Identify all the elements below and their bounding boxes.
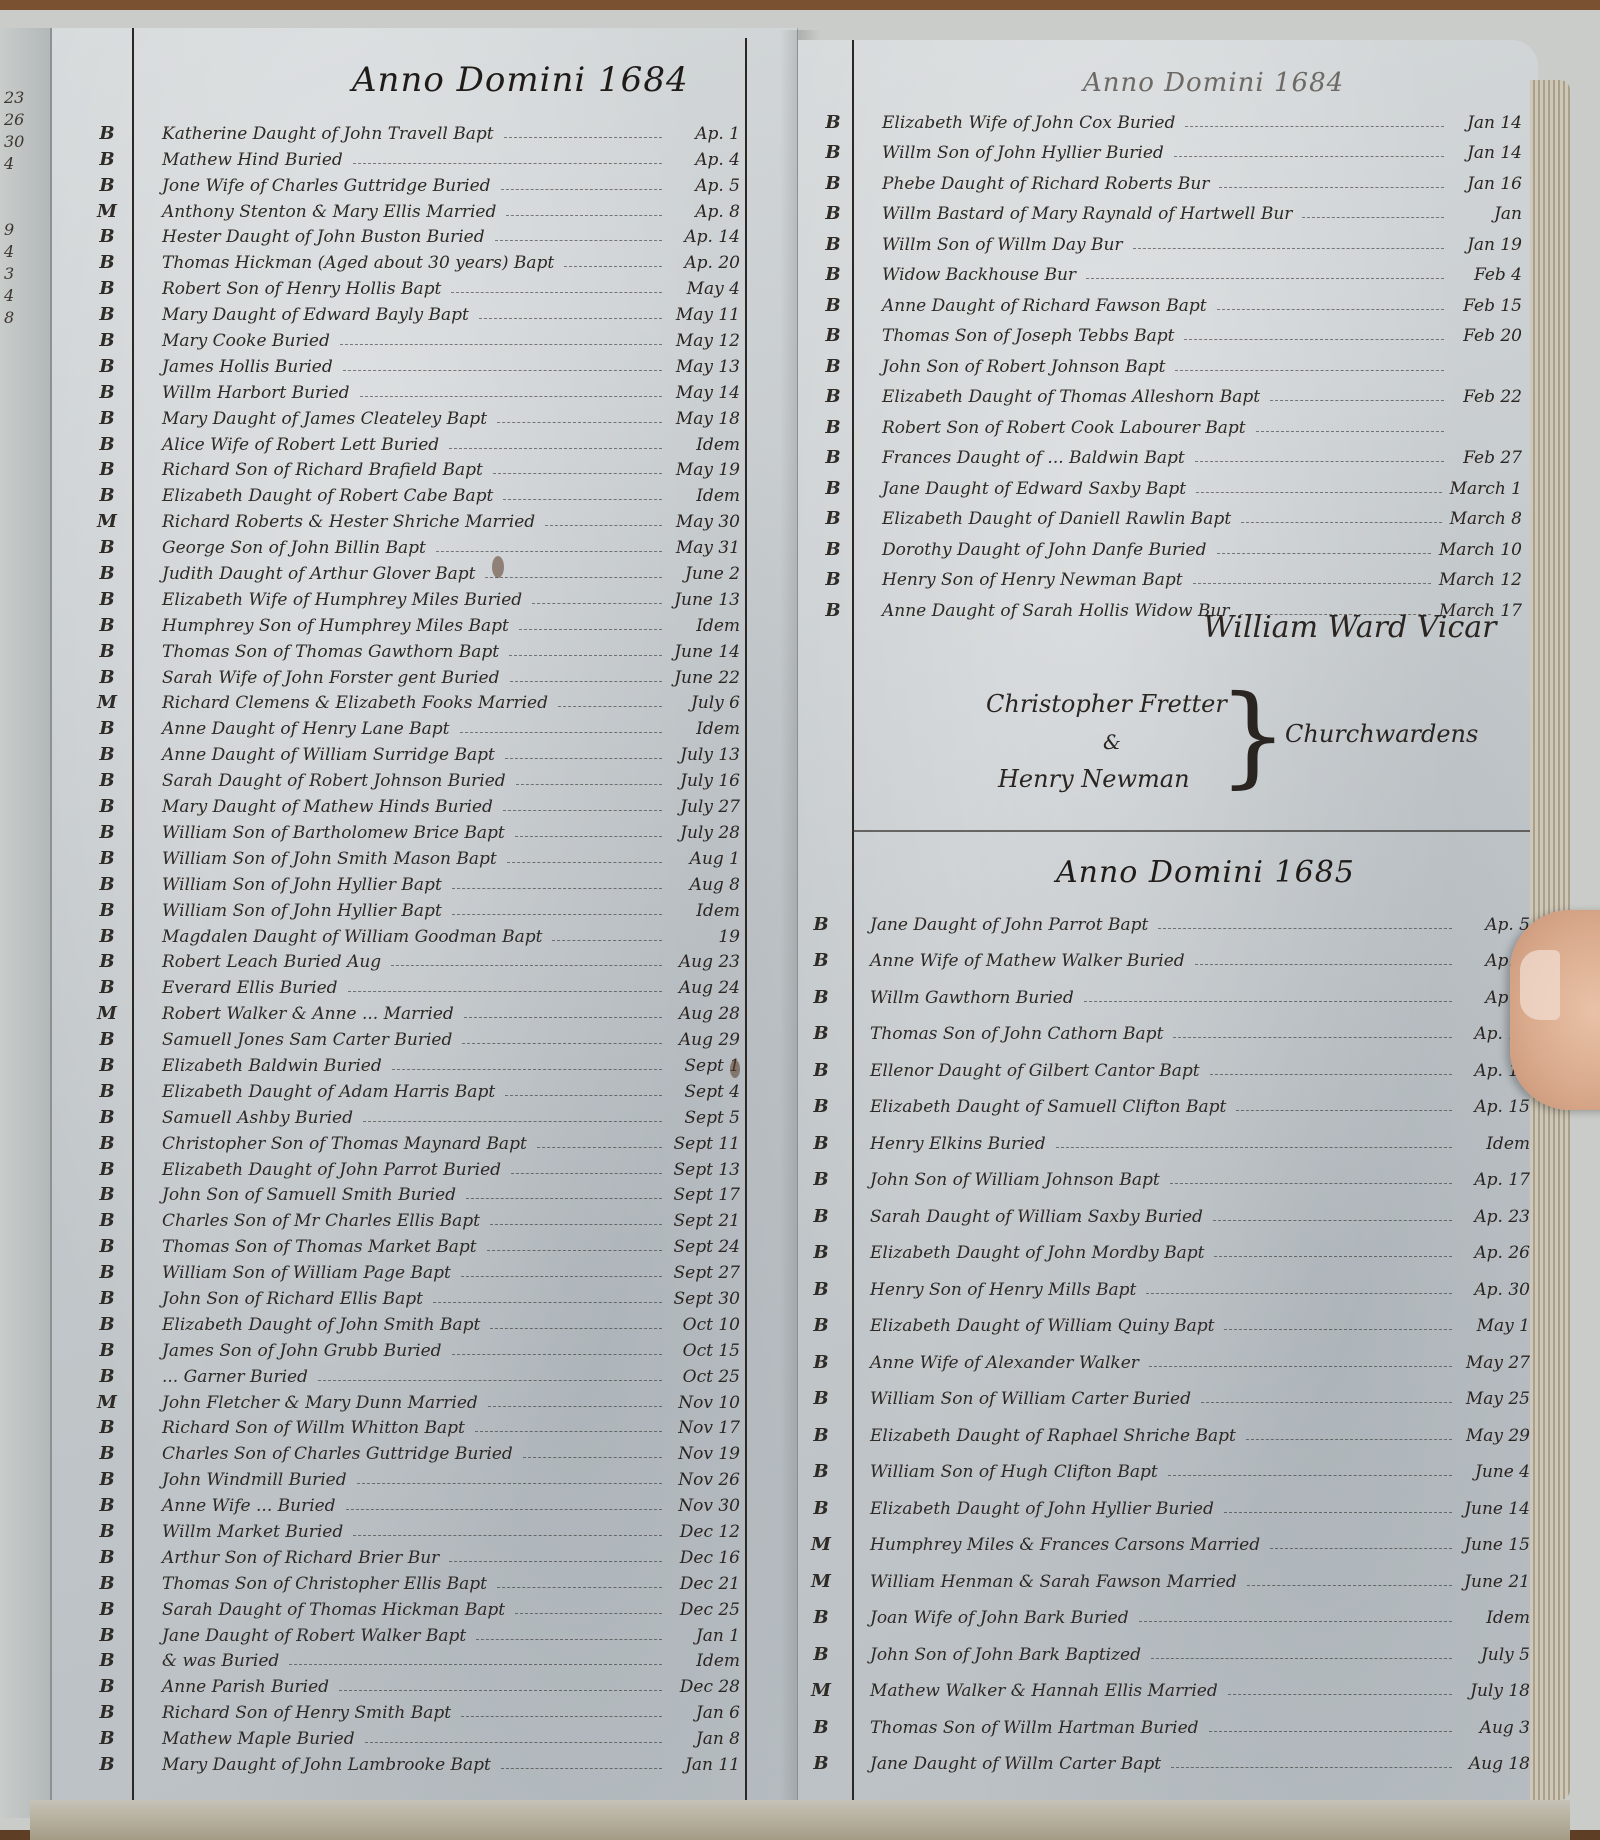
entry-leader-dashes <box>537 1147 662 1148</box>
entry-text: Elizabeth Daught of Thomas Alleshorn Bap… <box>882 387 1260 407</box>
entry-leader-dashes <box>365 1742 662 1743</box>
entry-type-mark: B <box>96 1029 118 1050</box>
entry-leader-dashes <box>1173 1037 1452 1038</box>
entry-date: Dec 12 <box>670 1522 740 1542</box>
register-entry: BMary Daught of John Lambrooke BaptJan 1… <box>162 1749 740 1775</box>
entry-leader-dashes <box>1224 1512 1452 1513</box>
entry-text: Hester Daught of John Buston Buried <box>162 227 485 247</box>
register-entry: BSarah Daught of Thomas Hickman BaptDec … <box>162 1594 740 1620</box>
page-heading-1685: Anno Domini 1685 <box>1056 855 1355 890</box>
entry-leader-dashes <box>1217 309 1444 310</box>
entry-type-mark: B <box>810 1644 832 1665</box>
entry-date: Sept 5 <box>670 1108 740 1128</box>
register-entry: B... Garner BuriedOct 25 <box>162 1361 740 1387</box>
register-entry: BElizabeth Daught of John Parrot BuriedS… <box>162 1154 740 1180</box>
register-entry: BThomas Son of Christopher Ellis BaptDec… <box>162 1568 740 1594</box>
entry-type-mark: B <box>96 408 118 429</box>
entry-date: 19 <box>670 927 740 947</box>
entry-date: Sept 4 <box>670 1082 740 1102</box>
previous-page-number: 9 <box>4 220 14 239</box>
entry-type-mark: B <box>810 1206 832 1227</box>
register-entry: BRobert Son of Robert Cook Labourer Bapt <box>882 407 1522 438</box>
entry-leader-dashes <box>510 681 663 682</box>
entry-date: Idem <box>670 486 740 506</box>
entry-date: May 18 <box>670 409 740 429</box>
entry-text: Alice Wife of Robert Lett Buried <box>162 435 439 455</box>
register-entry: BJohn Son of John Bark BaptizedJuly 5 <box>870 1628 1530 1665</box>
entry-leader-dashes <box>493 473 662 474</box>
register-entry: BWidow Backhouse BurFeb 4 <box>882 255 1522 286</box>
entry-leader-dashes <box>523 1457 662 1458</box>
entry-type-mark: B <box>96 900 118 921</box>
entry-date: June 14 <box>670 642 740 662</box>
entry-type-mark: B <box>96 718 118 739</box>
entry-type-mark: B <box>96 1184 118 1205</box>
entry-type-mark: B <box>96 1650 118 1671</box>
entry-date: Aug 3 <box>1460 1718 1530 1738</box>
register-entry: BMathew Hind BuriedAp. 4 <box>162 144 740 170</box>
entry-leader-dashes <box>318 1380 662 1381</box>
previous-page-number: 4 <box>4 242 14 261</box>
register-entry: MRichard Roberts & Hester Shriche Marrie… <box>162 506 740 532</box>
entry-leader-dashes <box>1195 461 1444 462</box>
entry-type-mark: B <box>96 1702 118 1723</box>
entry-text: Thomas Son of John Cathorn Bapt <box>870 1024 1163 1044</box>
entry-type-mark: B <box>810 1461 832 1482</box>
entry-leader-dashes <box>391 965 662 966</box>
entry-type-mark: B <box>96 1754 118 1775</box>
entry-type-mark: B <box>96 123 118 144</box>
register-entry: BHenry Son of Henry Mills BaptAp. 30 <box>870 1263 1530 1300</box>
entry-date: March 1 <box>1450 479 1522 499</box>
register-entry: BAnne Wife ... BuriedNov 30 <box>162 1490 740 1516</box>
register-entry: BWillm Market BuriedDec 12 <box>162 1516 740 1542</box>
register-entry: BFrances Daught of ... Baldwin BaptFeb 2… <box>882 438 1522 469</box>
entry-date: Idem <box>670 901 740 921</box>
entry-leader-dashes <box>1246 1439 1452 1440</box>
entry-type-mark: B <box>96 434 118 455</box>
entry-date: May 31 <box>670 538 740 558</box>
entry-text: Sarah Daught of William Saxby Buried <box>870 1207 1203 1227</box>
register-entry: BElizabeth Wife of John Cox BuriedJan 14 <box>882 102 1522 133</box>
previous-page-number: 4 <box>4 286 14 305</box>
entry-date: Ap. 5 <box>670 176 740 196</box>
entry-leader-dashes <box>519 629 662 630</box>
entry-leader-dashes <box>451 292 662 293</box>
entry-type-mark: B <box>96 278 118 299</box>
entry-leader-dashes <box>1195 964 1452 965</box>
register-entry: BElizabeth Daught of John Hyllier Buried… <box>870 1482 1530 1519</box>
register-entry: BWillm Son of John Hyllier BuriedJan 14 <box>882 133 1522 164</box>
entry-text: Thomas Son of Thomas Market Bapt <box>162 1237 477 1257</box>
register-entry: BSarah Daught of Robert Johnson BuriedJu… <box>162 765 740 791</box>
entry-type-mark: B <box>96 1314 118 1335</box>
register-entry: BJohn Windmill BuriedNov 26 <box>162 1464 740 1490</box>
entry-type-mark: B <box>810 1388 832 1409</box>
entry-text: Elizabeth Baldwin Buried <box>162 1056 382 1076</box>
register-entry: BWillm Son of Willm Day BurJan 19 <box>882 224 1522 255</box>
entry-text: Elizabeth Daught of Daniell Rawlin Bapt <box>882 509 1231 529</box>
entry-text: Anne Daught of Sarah Hollis Widow Bur <box>882 601 1230 621</box>
entry-date: Nov 19 <box>670 1444 740 1464</box>
thumbnail <box>1520 950 1560 1020</box>
register-entry: MRobert Walker & Anne ... MarriedAug 28 <box>162 998 740 1024</box>
entry-date: May 13 <box>670 357 740 377</box>
register-entry: BRobert Leach Buried AugAug 23 <box>162 947 740 973</box>
register-entry: BJohn Son of Richard Ellis BaptSept 30 <box>162 1283 740 1309</box>
entry-leader-dashes <box>433 1302 662 1303</box>
entry-date: Jan 14 <box>1452 143 1522 163</box>
entry-type-mark: B <box>96 304 118 325</box>
entry-leader-dashes <box>289 1664 662 1665</box>
entry-type-mark: B <box>810 1096 832 1117</box>
entry-date: Jan 19 <box>1452 235 1522 255</box>
entry-text: Anne Wife ... Buried <box>162 1496 336 1516</box>
entry-text: Richard Clemens & Elizabeth Fooks Marrie… <box>162 693 548 713</box>
entry-type-mark: B <box>822 447 844 468</box>
entry-text: Jane Daught of Edward Saxby Bapt <box>882 479 1186 499</box>
register-entry: BMary Cooke BuriedMay 12 <box>162 325 740 351</box>
entry-date: Ap. 15 <box>1460 1097 1530 1117</box>
register-entry: BMagdalen Daught of William Goodman Bapt… <box>162 921 740 947</box>
entry-text: Elizabeth Wife of Humphrey Miles Buried <box>162 590 522 610</box>
register-entry: BHenry Elkins BuriedIdem <box>870 1117 1530 1154</box>
entry-text: Willm Gawthorn Buried <box>870 988 1074 1008</box>
entry-leader-dashes <box>353 163 662 164</box>
entry-leader-dashes <box>515 836 662 837</box>
entry-text: William Henman & Sarah Fawson Married <box>870 1572 1237 1592</box>
entry-leader-dashes <box>505 1095 662 1096</box>
entry-date: Oct 25 <box>670 1367 740 1387</box>
register-entry: BCharles Son of Charles Guttridge Buried… <box>162 1438 740 1464</box>
entry-date: Oct 10 <box>670 1315 740 1335</box>
register-entry: BJames Son of John Grubb BuriedOct 15 <box>162 1335 740 1361</box>
entry-date: Dec 25 <box>670 1600 740 1620</box>
entry-leader-dashes <box>1168 1475 1452 1476</box>
entry-type-mark: B <box>810 1242 832 1263</box>
entry-text: Thomas Son of Willm Hartman Buried <box>870 1718 1199 1738</box>
entry-text: Elizabeth Daught of Robert Cabe Bapt <box>162 486 493 506</box>
register-entry: BAnne Wife of Alexander WalkerMay 27 <box>870 1336 1530 1373</box>
entry-type-mark: B <box>822 569 844 590</box>
entry-type-mark: B <box>96 1159 118 1180</box>
entry-leader-dashes <box>1184 339 1444 340</box>
entry-type-mark: M <box>96 1003 118 1024</box>
entry-leader-dashes <box>505 758 662 759</box>
thumb-holding-page <box>1510 910 1600 1110</box>
entry-date: June 2 <box>670 564 740 584</box>
entry-date: May 1 <box>1460 1316 1530 1336</box>
entry-type-mark: B <box>810 1753 832 1774</box>
entry-leader-dashes <box>1133 248 1444 249</box>
churchwarden-2-signature: Henry Newman <box>998 765 1190 793</box>
entry-date: Idem <box>670 616 740 636</box>
entry-leader-dashes <box>348 991 662 992</box>
entry-text: Anne Parish Buried <box>162 1677 329 1697</box>
register-entry: BSarah Daught of William Saxby BuriedAp.… <box>870 1190 1530 1227</box>
entry-date: Nov 26 <box>670 1470 740 1490</box>
entry-date: Sept 13 <box>670 1160 740 1180</box>
entry-leader-dashes <box>1241 522 1441 523</box>
entry-type-mark: B <box>810 1169 832 1190</box>
entry-date: Ap. 23 <box>1460 1207 1530 1227</box>
entry-leader-dashes <box>1270 400 1444 401</box>
register-entry: MMathew Walker & Hannah Ellis MarriedJul… <box>870 1665 1530 1702</box>
entry-date: Idem <box>670 435 740 455</box>
entry-date: Sept 27 <box>670 1263 740 1283</box>
entry-type-mark: B <box>96 1366 118 1387</box>
entry-text: Joan Wife of John Bark Buried <box>870 1608 1129 1628</box>
register-entry: BJane Daught of John Parrot BaptAp. 5 <box>870 898 1530 935</box>
entry-date: Jan <box>1452 204 1522 224</box>
register-entry: BWilliam Son of John Hyllier BaptIdem <box>162 895 740 921</box>
entry-leader-dashes <box>485 577 662 578</box>
register-entry: BHenry Son of Henry Newman BaptMarch 12 <box>882 560 1522 591</box>
entry-text: John Son of John Bark Baptized <box>870 1645 1141 1665</box>
entry-type-mark: B <box>810 1315 832 1336</box>
entry-leader-dashes <box>516 784 662 785</box>
entry-type-mark: M <box>810 1680 832 1701</box>
entry-text: Thomas Hickman (Aged about 30 years) Bap… <box>162 253 554 273</box>
entry-leader-dashes <box>1213 1220 1452 1221</box>
open-register-book: 232630494348 Anno Domini 1684 BKatherine… <box>0 10 1600 1830</box>
entry-type-mark: B <box>822 539 844 560</box>
register-entry: BWilliam Son of William Page BaptSept 27 <box>162 1257 740 1283</box>
entry-leader-dashes <box>1139 1621 1452 1622</box>
entry-type-mark: B <box>96 1599 118 1620</box>
entry-date: Ap. 26 <box>1460 1243 1530 1263</box>
entry-text: Elizabeth Daught of Samuell Clifton Bapt <box>870 1097 1226 1117</box>
entry-leader-dashes <box>1146 1293 1452 1294</box>
entry-type-mark: B <box>822 325 844 346</box>
entry-type-mark: B <box>810 987 832 1008</box>
register-entry: BAnne Daught of Henry Lane BaptIdem <box>162 713 740 739</box>
entry-leader-dashes <box>495 240 662 241</box>
entry-date: May 19 <box>670 460 740 480</box>
entry-date: Jan 14 <box>1452 113 1522 133</box>
entry-type-mark: B <box>96 848 118 869</box>
register-entry: B& was BuriedIdem <box>162 1646 740 1672</box>
entry-date: July 18 <box>1460 1681 1530 1701</box>
entry-text: Henry Son of Henry Newman Bapt <box>882 570 1183 590</box>
register-entry: BRichard Son of Willm Whitton BaptNov 17 <box>162 1413 740 1439</box>
register-entry: BMary Daught of Edward Bayly BaptMay 11 <box>162 299 740 325</box>
entry-text: Elizabeth Wife of John Cox Buried <box>882 113 1175 133</box>
entry-type-mark: B <box>810 1060 832 1081</box>
entry-text: Anne Wife of Alexander Walker <box>870 1353 1139 1373</box>
register-entry: BElizabeth Daught of Samuell Clifton Bap… <box>870 1081 1530 1118</box>
register-entry: BJane Daught of Willm Carter BaptAug 18 <box>870 1738 1530 1775</box>
entry-type-mark: B <box>96 485 118 506</box>
entry-leader-dashes <box>506 215 662 216</box>
entry-text: Elizabeth Daught of Adam Harris Bapt <box>162 1082 495 1102</box>
entry-text: Richard Son of Willm Whitton Bapt <box>162 1418 465 1438</box>
entry-text: Sarah Wife of John Forster gent Buried <box>162 668 500 688</box>
entry-leader-dashes <box>340 344 662 345</box>
entry-date: Ap. 1 <box>670 124 740 144</box>
ink-stain <box>730 1060 740 1078</box>
entry-type-mark: B <box>96 1107 118 1128</box>
entry-type-mark: B <box>810 1133 832 1154</box>
entry-leader-dashes <box>475 1431 662 1432</box>
register-entry: BGeorge Son of John Billin BaptMay 31 <box>162 532 740 558</box>
entry-type-mark: B <box>96 175 118 196</box>
register-entry: BJane Daught of Edward Saxby BaptMarch 1 <box>882 468 1522 499</box>
brace-icon: } <box>1218 680 1288 790</box>
entry-type-mark: B <box>96 252 118 273</box>
entry-text: Thomas Son of Joseph Tebbs Bapt <box>882 326 1174 346</box>
entry-text: Jane Daught of John Parrot Bapt <box>870 915 1148 935</box>
entry-type-mark: B <box>810 1607 832 1628</box>
register-entry: BArthur Son of Richard Brier BurDec 16 <box>162 1542 740 1568</box>
entry-type-mark: B <box>810 1023 832 1044</box>
entry-date: Feb 4 <box>1452 265 1522 285</box>
register-entry: BWilliam Son of William Carter BuriedMay… <box>870 1373 1530 1410</box>
entry-date: March 10 <box>1439 540 1522 560</box>
entry-type-mark: B <box>822 356 844 377</box>
register-entry: BAnne Wife of Mathew Walker BuriedAp. 8 <box>870 935 1530 972</box>
entry-text: Anthony Stenton & Mary Ellis Married <box>162 202 496 222</box>
entry-type-mark: B <box>96 822 118 843</box>
entry-date: Jan 1 <box>670 1626 740 1646</box>
entry-date: Ap. 14 <box>670 227 740 247</box>
entry-leader-dashes <box>488 1406 662 1407</box>
entry-date: Idem <box>670 1651 740 1671</box>
register-entry: BKatherine Daught of John Travell BaptAp… <box>162 118 740 144</box>
register-entry: BMary Daught of Mathew Hinds BuriedJuly … <box>162 791 740 817</box>
entry-text: Willm Harbort Buried <box>162 383 350 403</box>
entry-text: Jane Daught of Robert Walker Bapt <box>162 1626 466 1646</box>
entry-date: Sept 21 <box>670 1211 740 1231</box>
entry-leader-dashes <box>1219 187 1444 188</box>
register-entry: BMathew Maple BuriedJan 8 <box>162 1723 740 1749</box>
entry-leader-dashes <box>1149 1366 1452 1367</box>
entry-date: Ap. 5 <box>1460 915 1530 935</box>
entry-text: Willm Market Buried <box>162 1522 343 1542</box>
entry-date: Feb 15 <box>1452 296 1522 316</box>
entry-date: Ap. 17 <box>1460 1170 1530 1190</box>
entry-leader-dashes <box>1171 1767 1452 1768</box>
entry-text: William Son of John Hyllier Bapt <box>162 901 442 921</box>
register-entry: BAnne Parish BuriedDec 28 <box>162 1671 740 1697</box>
entry-type-mark: B <box>96 356 118 377</box>
entry-leader-dashes <box>1201 1402 1452 1403</box>
entry-text: John Son of Richard Ellis Bapt <box>162 1289 423 1309</box>
entry-text: Mary Daught of Edward Bayly Bapt <box>162 305 469 325</box>
entry-leader-dashes <box>461 1716 662 1717</box>
entry-date: Nov 17 <box>670 1418 740 1438</box>
register-entry: BJohn Son of William Johnson BaptAp. 17 <box>870 1154 1530 1191</box>
entry-leader-dashes <box>1151 1658 1452 1659</box>
entry-type-mark: B <box>96 1288 118 1309</box>
entry-date: Aug 28 <box>670 1004 740 1024</box>
page-heading-1684-continued: Anno Domini 1684 <box>1083 68 1344 98</box>
entry-date: May 25 <box>1460 1389 1530 1409</box>
entry-text: Anne Daught of Henry Lane Bapt <box>162 719 450 739</box>
book-bottom-edge <box>30 1800 1570 1840</box>
register-entry: BElizabeth Daught of John Mordby BaptAp.… <box>870 1227 1530 1264</box>
entry-type-mark: B <box>96 1133 118 1154</box>
entry-text: John Son of William Johnson Bapt <box>870 1170 1160 1190</box>
entry-text: John Fletcher & Mary Dunn Married <box>162 1393 478 1413</box>
margin-rule <box>132 28 134 1818</box>
entry-text: Arthur Son of Richard Brier Bur <box>162 1548 439 1568</box>
register-entry: BElizabeth Daught of Raphael Shriche Bap… <box>870 1409 1530 1446</box>
left-page: Anno Domini 1684 BKatherine Daught of Jo… <box>52 28 798 1818</box>
entry-leader-dashes <box>436 551 662 552</box>
entry-type-mark: B <box>96 926 118 947</box>
entry-date: Aug 24 <box>670 978 740 998</box>
register-entry: BChristopher Son of Thomas Maynard BaptS… <box>162 1128 740 1154</box>
churchwarden-1-signature: Christopher Fretter <box>986 690 1227 718</box>
margin-rule <box>852 40 854 1810</box>
entry-date: Aug 8 <box>670 875 740 895</box>
entry-type-mark: B <box>810 914 832 935</box>
entry-type-mark: B <box>822 112 844 133</box>
register-entry: BJone Wife of Charles Guttridge BuriedAp… <box>162 170 740 196</box>
entry-text: Sarah Daught of Robert Johnson Buried <box>162 771 506 791</box>
entry-leader-dashes <box>490 1224 662 1225</box>
entry-leader-dashes <box>545 525 662 526</box>
entry-date: Dec 21 <box>670 1574 740 1594</box>
entry-leader-dashes <box>1270 1548 1452 1549</box>
register-entry: BWillm Bastard of Mary Raynald of Hartwe… <box>882 194 1522 225</box>
entry-leader-dashes <box>1247 1585 1452 1586</box>
register-entry: BEverard Ellis BuriedAug 24 <box>162 972 740 998</box>
previous-page-number: 30 <box>4 132 24 151</box>
entry-text: Robert Leach Buried Aug <box>162 952 381 972</box>
entry-text: Charles Son of Mr Charles Ellis Bapt <box>162 1211 480 1231</box>
entry-type-mark: B <box>96 770 118 791</box>
entry-type-mark: B <box>96 537 118 558</box>
entry-type-mark: B <box>822 600 844 621</box>
entry-text: Dorothy Daught of John Danfe Buried <box>882 540 1207 560</box>
entry-text: Widow Backhouse Bur <box>882 265 1076 285</box>
date-column-rule <box>745 38 747 1818</box>
churchwardens-label: Churchwardens <box>1285 720 1478 748</box>
entry-leader-dashes <box>466 1198 662 1199</box>
entry-date: Aug 23 <box>670 952 740 972</box>
entry-leader-dashes <box>497 422 662 423</box>
entry-text: Samuell Ashby Buried <box>162 1108 353 1128</box>
entry-leader-dashes <box>1175 370 1444 371</box>
entry-date: May 4 <box>670 279 740 299</box>
entry-date: Aug 1 <box>670 849 740 869</box>
entry-leader-dashes <box>501 1768 662 1769</box>
entry-date: July 5 <box>1460 1645 1530 1665</box>
entry-text: Robert Walker & Anne ... Married <box>162 1004 454 1024</box>
entry-leader-dashes <box>462 1043 662 1044</box>
previous-page-number: 8 <box>4 308 14 327</box>
entry-type-mark: B <box>96 744 118 765</box>
entry-date: Dec 28 <box>670 1677 740 1697</box>
entry-leader-dashes <box>503 810 662 811</box>
entry-text: Judith Daught of Arthur Glover Bapt <box>162 564 475 584</box>
entry-text: Elizabeth Daught of John Hyllier Buried <box>870 1499 1214 1519</box>
entry-text: ... Garner Buried <box>162 1367 308 1387</box>
entry-date: July 6 <box>670 693 740 713</box>
entry-text: John Windmill Buried <box>162 1470 347 1490</box>
entry-type-mark: B <box>822 386 844 407</box>
entry-text: Richard Son of Henry Smith Bapt <box>162 1703 451 1723</box>
entry-leader-dashes <box>363 1121 662 1122</box>
entry-leader-dashes <box>507 862 662 863</box>
register-entry: BHester Daught of John Buston BuriedAp. … <box>162 222 740 248</box>
entry-leader-dashes <box>452 888 662 889</box>
entry-type-mark: B <box>96 1055 118 1076</box>
entry-leader-dashes <box>452 1354 662 1355</box>
entry-text: Robert Son of Robert Cook Labourer Bapt <box>882 418 1246 438</box>
